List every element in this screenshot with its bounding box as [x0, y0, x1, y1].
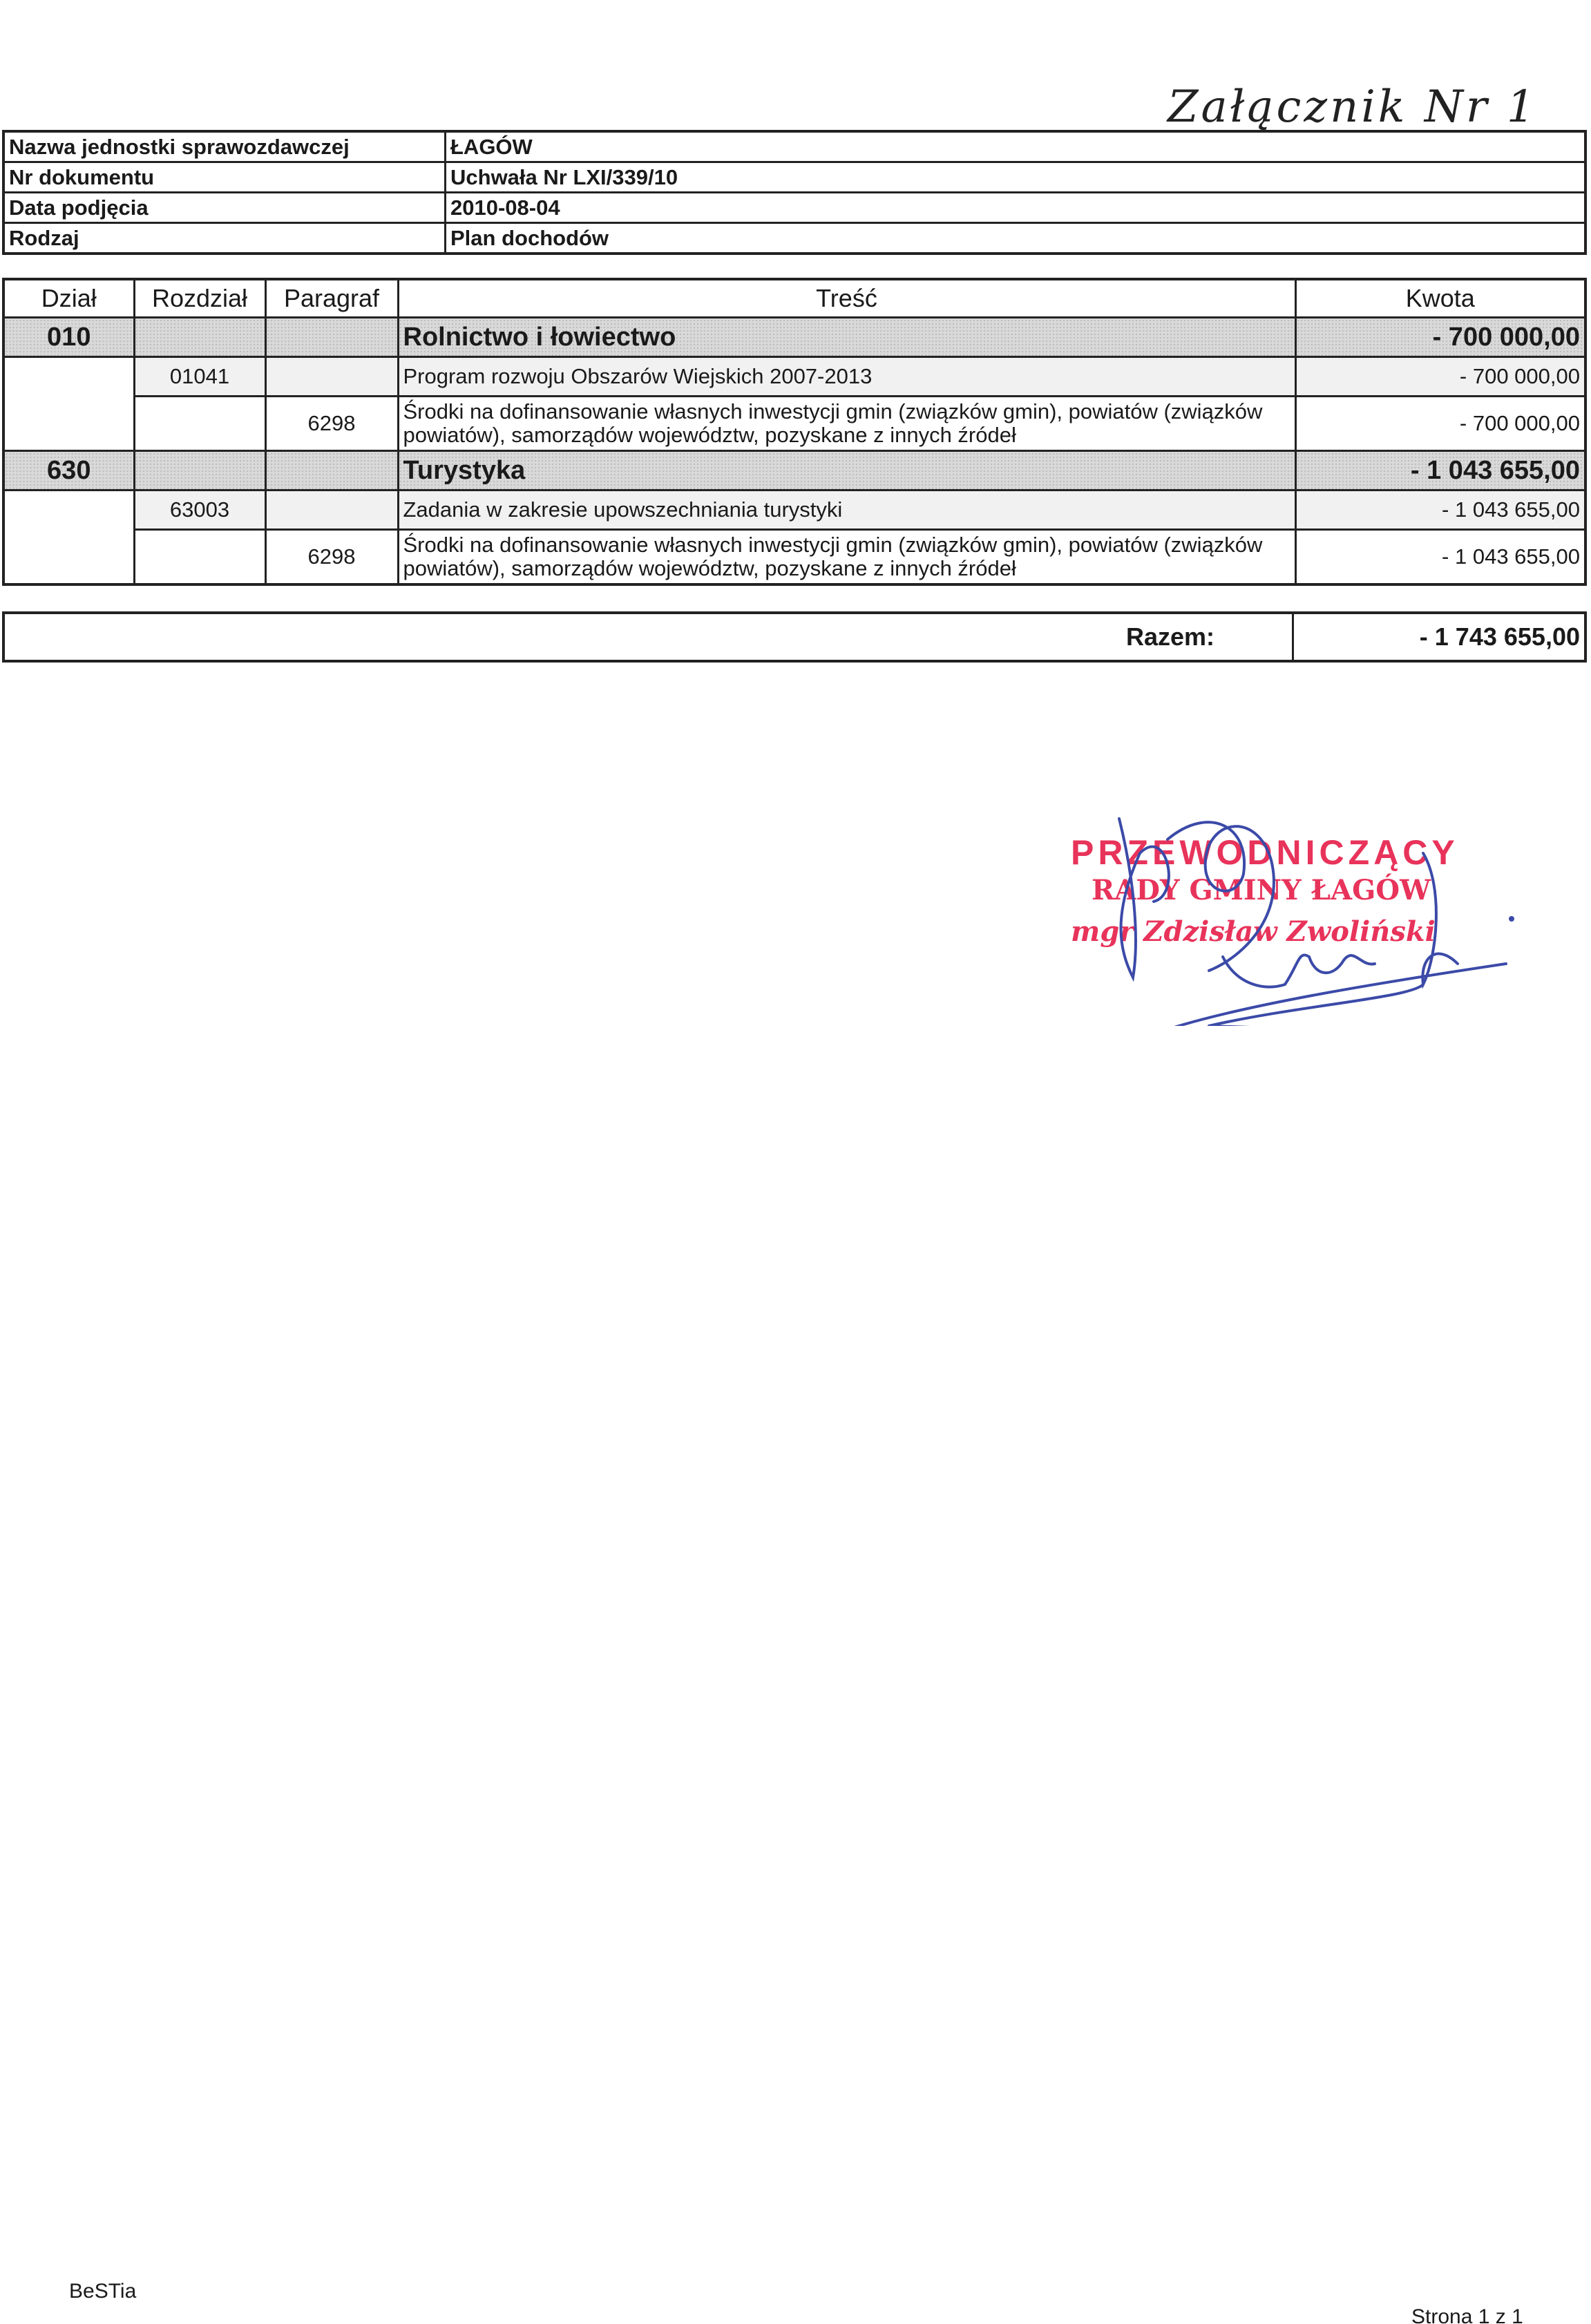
- rozdzial-code: 01041: [134, 357, 265, 397]
- paragraf-name: Środki na dofinansowanie własnych inwest…: [398, 397, 1295, 451]
- total-amount: - 1 743 655,00: [1293, 613, 1586, 661]
- dzial-name: Turystyka: [398, 451, 1295, 490]
- footer-software-name: BeSTia: [69, 2280, 136, 2303]
- table-row-paragraf: 6298 Środki na dofinansowanie własnych i…: [3, 530, 1585, 585]
- paragraf-amount: - 700 000,00: [1295, 397, 1585, 451]
- dzial-code: 630: [3, 451, 134, 490]
- header-paragraf: Paragraf: [265, 279, 398, 318]
- empty-cell: [3, 357, 134, 451]
- total-label: Razem:: [3, 613, 1293, 661]
- rozdzial-name: Program rozwoju Obszarów Wiejskich 2007-…: [398, 357, 1295, 397]
- empty-cell: [134, 451, 265, 490]
- header-dzial: Dział: [3, 279, 134, 318]
- total-row: Razem: - 1 743 655,00: [3, 613, 1585, 661]
- paragraf-code: 6298: [265, 397, 398, 451]
- info-value: Uchwała Nr LXI/339/10: [446, 162, 1586, 193]
- info-label: Nr dokumentu: [3, 162, 446, 193]
- empty-cell: [265, 451, 398, 490]
- document-info-table: Nazwa jednostki sprawozdawczej ŁAGÓW Nr …: [2, 130, 1587, 255]
- chairman-stamp: PRZEWODNICZĄCY RADY GMINY ŁAGÓW mgr Zdzi…: [1064, 826, 1506, 1033]
- empty-cell: [265, 357, 398, 397]
- info-value: 2010-08-04: [446, 193, 1586, 223]
- header-tresc: Treść: [398, 279, 1295, 318]
- info-row-unit: Nazwa jednostki sprawozdawczej ŁAGÓW: [3, 131, 1585, 162]
- empty-cell: [134, 318, 265, 357]
- paragraf-code: 6298: [265, 530, 398, 585]
- rozdzial-amount: - 1 043 655,00: [1295, 490, 1585, 530]
- dzial-amount: - 1 043 655,00: [1295, 451, 1585, 490]
- signature-icon: [1036, 777, 1534, 1026]
- footer-page-number: Strona 1 z 1: [1411, 2305, 1523, 2324]
- table-row-dzial: 010 Rolnictwo i łowiectwo - 700 000,00: [3, 318, 1585, 357]
- empty-cell: [265, 490, 398, 530]
- empty-cell: [265, 318, 398, 357]
- info-value: Plan dochodów: [446, 223, 1586, 254]
- table-row-rozdzial: 01041 Program rozwoju Obszarów Wiejskich…: [3, 357, 1585, 397]
- dzial-code: 010: [3, 318, 134, 357]
- table-row-paragraf: 6298 Środki na dofinansowanie własnych i…: [3, 397, 1585, 451]
- table-header-row: Dział Rozdział Paragraf Treść Kwota: [3, 279, 1585, 318]
- info-row-date: Data podjęcia 2010-08-04: [3, 193, 1585, 223]
- empty-cell: [134, 397, 265, 451]
- total-table: Razem: - 1 743 655,00: [2, 611, 1587, 663]
- info-label: Nazwa jednostki sprawozdawczej: [3, 131, 446, 162]
- info-label: Data podjęcia: [3, 193, 446, 223]
- table-row-rozdzial: 63003 Zadania w zakresie upowszechniania…: [3, 490, 1585, 530]
- table-row-dzial: 630 Turystyka - 1 043 655,00: [3, 451, 1585, 490]
- empty-cell: [3, 490, 134, 585]
- dzial-amount: - 700 000,00: [1295, 318, 1585, 357]
- info-row-type: Rodzaj Plan dochodów: [3, 223, 1585, 254]
- info-label: Rodzaj: [3, 223, 446, 254]
- empty-cell: [134, 530, 265, 585]
- paragraf-amount: - 1 043 655,00: [1295, 530, 1585, 585]
- info-value: ŁAGÓW: [446, 131, 1586, 162]
- paragraf-name: Środki na dofinansowanie własnych inwest…: [398, 530, 1295, 585]
- rozdzial-name: Zadania w zakresie upowszechniania turys…: [398, 490, 1295, 530]
- rozdzial-amount: - 700 000,00: [1295, 357, 1585, 397]
- rozdzial-code: 63003: [134, 490, 265, 530]
- budget-table: Dział Rozdział Paragraf Treść Kwota 010 …: [2, 278, 1587, 586]
- info-row-doc-number: Nr dokumentu Uchwała Nr LXI/339/10: [3, 162, 1585, 193]
- dzial-name: Rolnictwo i łowiectwo: [398, 318, 1295, 357]
- header-kwota: Kwota: [1295, 279, 1585, 318]
- header-rozdzial: Rozdział: [134, 279, 265, 318]
